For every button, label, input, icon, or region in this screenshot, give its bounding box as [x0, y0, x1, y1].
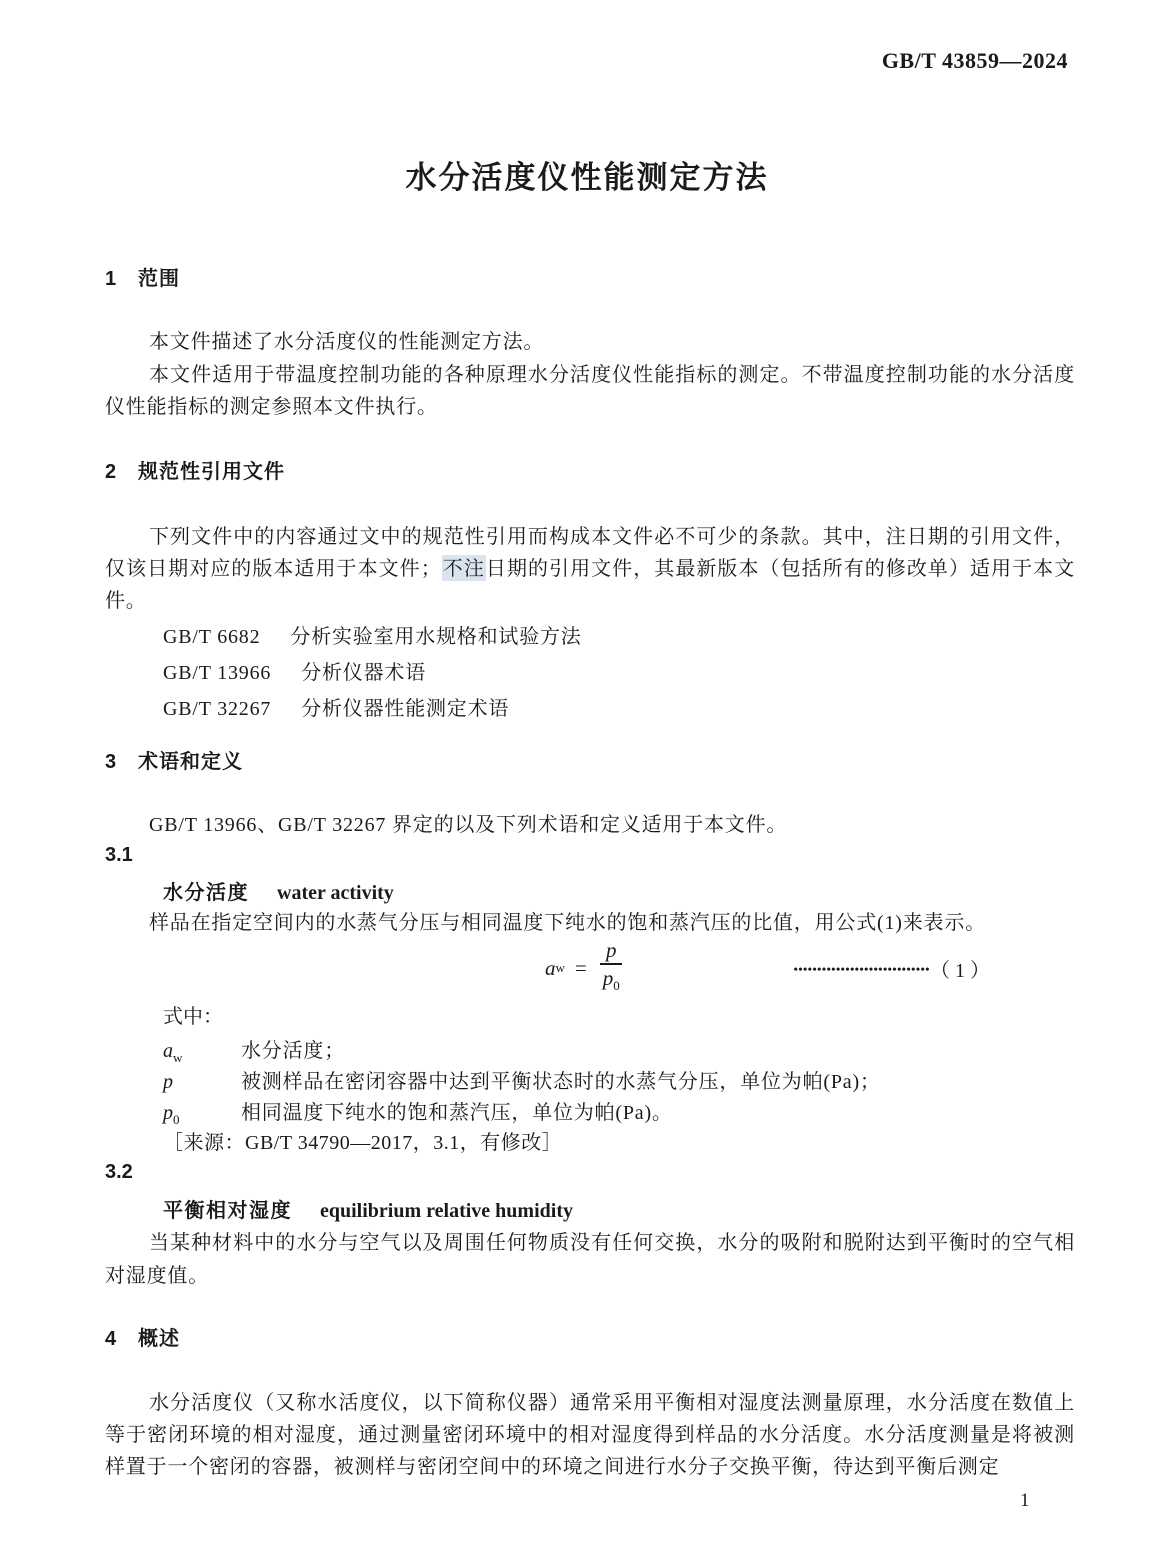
fraction: p p0	[597, 939, 626, 997]
section-2-paragraph-1: 下列文件中的内容通过文中的规范性引用而构成本文件必不可少的条款。其中，注日期的引…	[105, 521, 1075, 617]
reference-code: GB/T 6682	[163, 619, 260, 655]
normative-reference: GB/T 6682分析实验室用水规格和试验方法	[163, 619, 1075, 655]
term-entry-3-2: 平衡相对湿度equilibrium relative humidity	[163, 1194, 573, 1223]
section-1-paragraph-1: 本文件描述了水分活度仪的性能测定方法。	[105, 326, 1075, 358]
section-1-heading: 1范围	[105, 262, 1075, 291]
section-2-title: 规范性引用文件	[138, 461, 285, 483]
term-english: equilibrium relative humidity	[320, 1200, 573, 1222]
clause-3-2-number: 3.2	[105, 1161, 133, 1184]
reference-code: GB/T 32267	[163, 691, 271, 727]
where-label: 式中：	[163, 1000, 223, 1029]
section-2-heading: 2规范性引用文件	[105, 455, 1075, 484]
section-4-number: 4	[105, 1328, 138, 1351]
standard-code: GB/T 43859—2024	[882, 48, 1068, 74]
section-2-number: 2	[105, 461, 138, 484]
section-4-paragraph-1: 水分活度仪（又称水活度仪，以下简称仪器）通常采用平衡相对湿度法测量原理，水分活度…	[105, 1387, 1075, 1483]
symbol-base: a	[163, 1040, 173, 1062]
formula-lhs: a	[545, 956, 556, 981]
section-1-paragraph-2: 本文件适用于带温度控制功能的各种原理水分活度仪性能指标的测定。不带温度控制功能的…	[105, 359, 1075, 423]
term-3-1-definition: 样品在指定空间内的水蒸气分压与相同温度下纯水的饱和蒸汽压的比值，用公式(1)来表…	[105, 907, 1075, 939]
source-note: ［来源：GB/T 34790—2017，3.1，有修改］	[163, 1126, 562, 1155]
fraction-numerator: p	[600, 939, 623, 965]
highlighted-text: 不注	[442, 555, 486, 581]
reference-code: GB/T 13966	[163, 655, 271, 691]
normative-reference: GB/T 32267分析仪器性能测定术语	[163, 691, 1075, 727]
page-number: 1	[1020, 1490, 1030, 1512]
denominator-base: p	[603, 966, 614, 990]
section-4-title: 概述	[138, 1328, 180, 1350]
normative-reference: GB/T 13966分析仪器术语	[163, 655, 1075, 691]
section-1-title: 范围	[138, 268, 180, 290]
section-4-heading: 4概述	[105, 1322, 1075, 1351]
symbol-base: p	[163, 1102, 173, 1124]
reference-title: 分析仪器性能测定术语	[301, 698, 509, 720]
document-page: GB/T 43859—2024 水分活度仪性能测定方法 1范围 本文件描述了水分…	[0, 0, 1174, 1566]
formula-1: aw = p p0 ••••••••••••••••••••••••••••• …	[105, 942, 1075, 994]
dotted-leader: •••••••••••••••••••••••••••••	[794, 962, 930, 977]
equals-sign: =	[575, 956, 587, 981]
term-chinese: 平衡相对湿度	[163, 1200, 292, 1222]
document-title: 水分活度仪性能测定方法	[0, 152, 1174, 197]
term-3-2-definition: 当某种材料中的水分与空气以及周围任何物质没有任何交换，水分的吸附和脱附达到平衡时…	[105, 1227, 1075, 1293]
formula-number: （ 1 ）	[930, 954, 990, 983]
formula-lhs-subscript: w	[556, 960, 565, 976]
term-chinese: 水分活度	[163, 882, 249, 904]
term-english: water activity	[277, 882, 394, 904]
denominator-subscript: 0	[613, 978, 620, 993]
section-1-number: 1	[105, 268, 138, 291]
reference-title: 分析仪器术语	[301, 662, 426, 684]
section-3-number: 3	[105, 751, 138, 774]
reference-title: 分析实验室用水规格和试验方法	[290, 626, 581, 648]
section-3-title: 术语和定义	[138, 751, 243, 773]
symbol-base: p	[163, 1071, 173, 1093]
clause-3-1-number: 3.1	[105, 844, 133, 867]
fraction-denominator: p0	[597, 965, 626, 997]
section-3-intro: GB/T 13966、GB/T 32267 界定的以及下列术语和定义适用于本文件…	[105, 809, 1075, 841]
symbol-subscript: 0	[173, 1112, 180, 1127]
symbol-subscript: w	[173, 1050, 182, 1065]
equation: aw = p p0	[545, 939, 626, 997]
term-entry-3-1: 水分活度water activity	[163, 876, 394, 905]
section-3-heading: 3术语和定义	[105, 745, 1075, 774]
